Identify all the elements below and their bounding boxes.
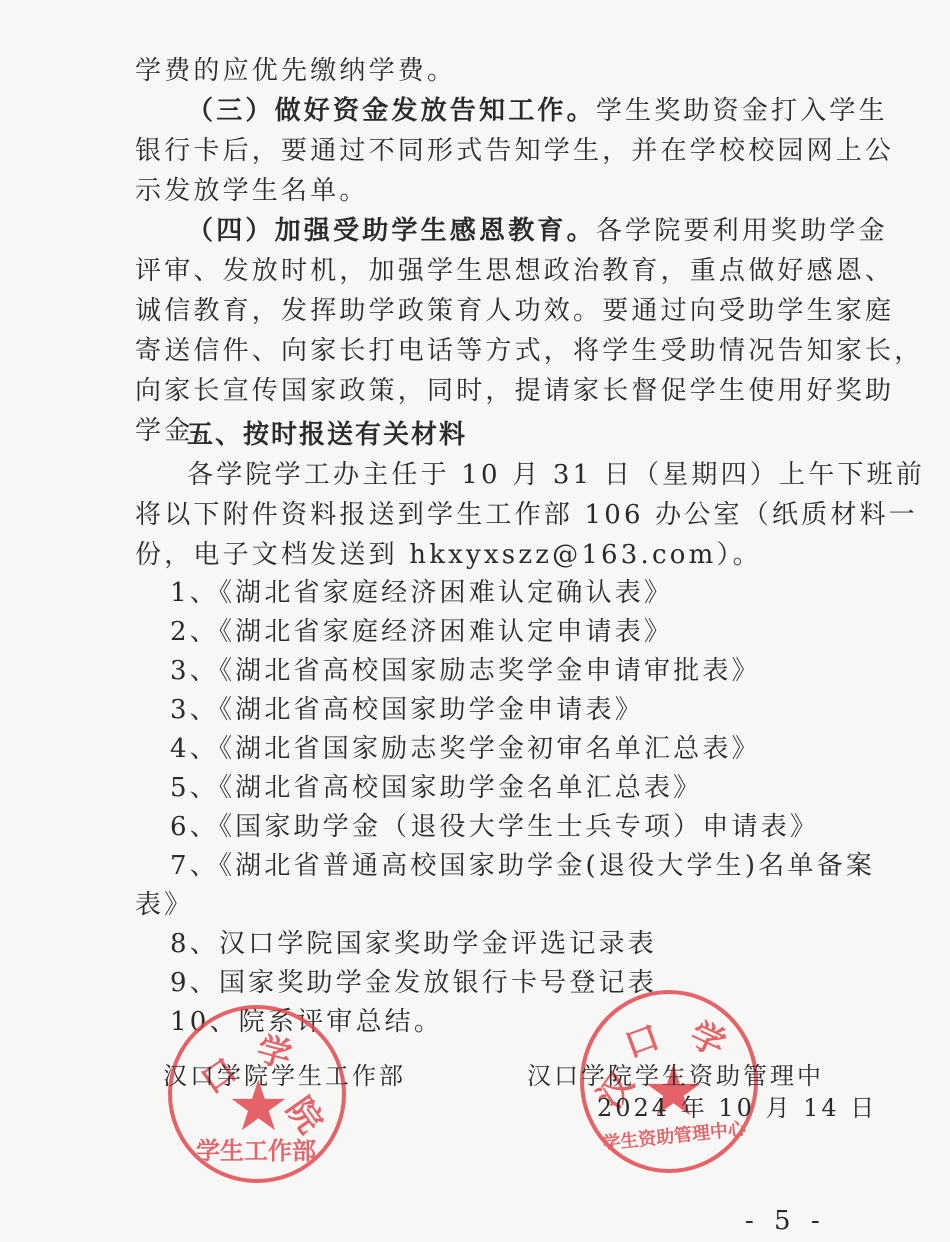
section5-heading: 五、按时报送有关材料 [187,420,467,450]
continuation-line: 学费的应优先缴纳学费。 [135,56,456,86]
section3-line: 学生奖助资金打入学生 [596,96,888,126]
attachment-item: 7、《湖北省普通高校国家助学金(退役大学生)名单备案 [170,851,875,881]
signature-right: 汉口学院学生资助管理中 [527,1062,824,1090]
attachment-item: 5、《湖北省高校国家助学金名单汇总表》 [170,773,702,803]
attachment-item: 1、《湖北省家庭经济困难认定确认表》 [170,578,673,608]
attachment-item: 8、汉口学院国家奖助学金评选记录表 [170,929,657,959]
section3-line: 示发放学生名单。 [135,176,369,206]
attachment-item: 3、《湖北省高校国家励志奖学金申请审批表》 [170,656,761,686]
section3-line: 银行卡后，要通过不同形式告知学生，并在学校校园网上公 [135,136,894,166]
email-text: 份，电子文档发送到 hkxyxszz@163.com）。 [135,540,762,570]
section5-line: 将以下附件资料报送到学生工作部 106 办公室（纸质材料一 [135,500,918,530]
section4-line: 向家长宣传国家政策，同时，提请家长督促学生使用好奖助 [135,376,894,406]
page-number: - 5 - [745,1206,826,1236]
attachment-item: 4、《湖北省国家励志奖学金初审名单汇总表》 [170,734,761,764]
section4-title: （四）加强受助学生感恩教育。 [187,216,596,246]
section4-line: 寄送信件、向家长打电话等方式，将学生受助情况告知家长， [135,336,923,366]
attachment-item: 3、《湖北省高校国家助学金申请表》 [170,695,644,725]
attachment-item: 2、《湖北省家庭经济困难认定申请表》 [170,617,673,647]
attachment-item: 表》 [135,890,193,920]
section4-paragraph: （四）加强受助学生感恩教育。各学院要利用奖助学金 [187,216,888,246]
document-date: 2024 年 10 月 14 日 [597,1094,877,1122]
official-seal-left: 口 学 院 ★ 学生工作部 [168,1005,346,1183]
seal-label: 学生工作部 [196,1131,316,1166]
attachment-item: 9、国家奖助学金发放银行卡号登记表 [170,968,657,998]
signature-left: 汉口学院学生工作部 [163,1062,406,1090]
section4-line: 诚信教育，发挥助学政策育人功效。要通过向受助学生家庭 [135,296,894,326]
attachment-item: 6、《国家助学金（退役大学生士兵专项）申请表》 [170,812,819,842]
section3-paragraph: （三）做好资金发放告知工作。学生奖助资金打入学生 [187,96,888,126]
section5-line: 各学院学工办主任于 10 月 31 日（星期四）上午下班前 [187,460,925,490]
section3-title: （三）做好资金发放告知工作。 [187,96,596,126]
section4-line: 各学院要利用奖助学金 [596,216,888,246]
section4-line: 评审、发放时机，加强学生思想政治教育，重点做好感恩、 [135,256,894,286]
section5-line: 份，电子文档发送到 hkxyxszz@163.com）。 [135,540,762,570]
